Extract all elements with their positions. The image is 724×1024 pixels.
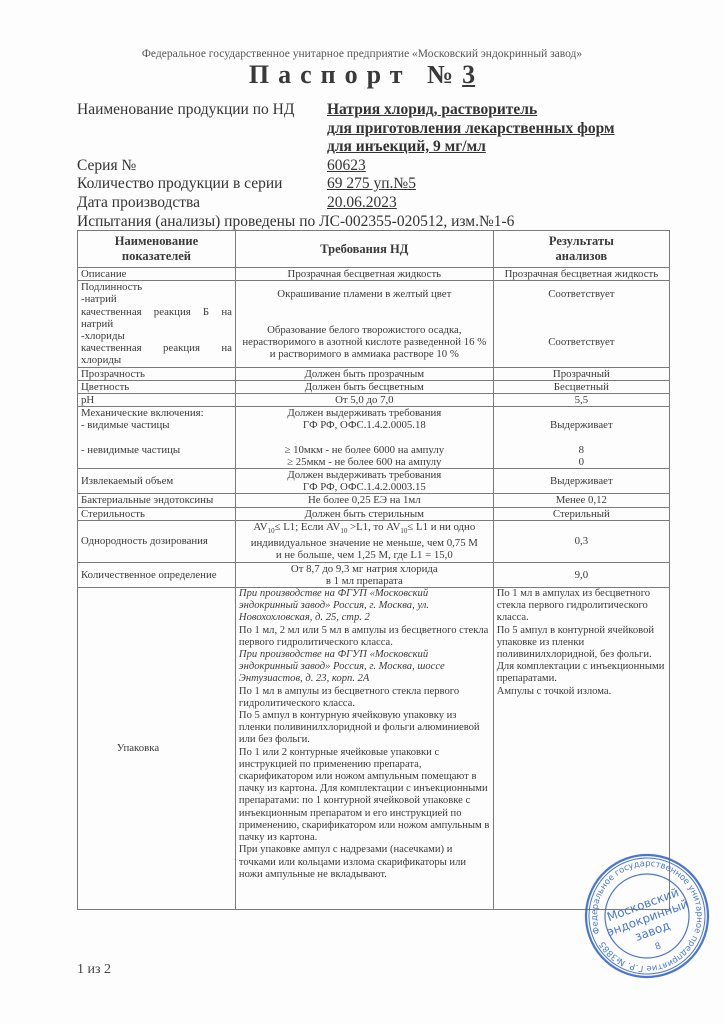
row-result: 0,3 [493, 520, 669, 562]
table-row: Цветность Должен быть бесцветным Бесцвет… [78, 380, 670, 393]
product-value: Натрия хлорид, растворитель для приготов… [327, 101, 615, 157]
row-result: Выдерживает 8 0 [493, 407, 669, 469]
row-name: Стерильность [78, 507, 236, 520]
row-requirement: От 5,0 до 7,0 [235, 394, 493, 407]
series-label: Серия № [77, 157, 327, 176]
table-row: Прозрачность Должен быть прозрачным Проз… [78, 367, 670, 380]
row-name: Прозрачность [78, 367, 236, 380]
row-requirement: Должен выдерживать требования ГФ РФ, ОФС… [235, 407, 493, 469]
passport-document: Федеральное государственное унитарное пр… [0, 0, 724, 1024]
row-name: Извлекаемый объем [78, 469, 236, 494]
row-result: Бесцветный [493, 380, 669, 393]
passport-number: 3 [462, 60, 475, 89]
title-word: Паспорт № [249, 60, 462, 89]
company-stamp-icon: Федеральное государственное унитарное пр… [584, 853, 710, 979]
table-row: Бактериальные эндотоксины Не более 0,25 … [78, 494, 670, 507]
date-value: 20.06.2023 [327, 194, 397, 213]
quantity-label: Количество продукции в серии [77, 175, 327, 194]
row-result: 5,5 [493, 394, 669, 407]
tests-line: Испытания (анализы) проведены по ЛС-0023… [77, 213, 514, 231]
specification-table: Наименованиепоказателей Требования НД Ре… [77, 230, 670, 910]
row-requirement: Должен быть стерильным [235, 507, 493, 520]
row-requirement: Прозрачная бесцветная жидкость [235, 268, 493, 281]
row-name: Однородность дозирования [78, 520, 236, 562]
row-result: Соответствует Соответствует [493, 281, 669, 367]
row-requirement: Должен быть бесцветным [235, 380, 493, 393]
row-requirement: Окрашивание пламени в желтый цвет Образо… [235, 281, 493, 367]
product-meta: Наименование продукции по НД Натрия хлор… [77, 101, 615, 212]
page-title: Паспорт №3 [0, 60, 724, 90]
svg-text:8: 8 [654, 941, 663, 952]
product-value-line: для инъекций, 9 мг/мл [327, 138, 615, 157]
row-name: Цветность [78, 380, 236, 393]
product-value-line: Натрия хлорид, растворитель [327, 101, 615, 120]
row-requirement: От 8,7 до 9,3 мг натрия хлорида в 1 мл п… [235, 562, 493, 587]
row-name: Количественное определение [78, 562, 236, 587]
product-name-row: Наименование продукции по НД Натрия хлор… [77, 101, 615, 157]
table-row: Однородность дозирования AV10≤ L1; Если … [78, 520, 670, 562]
row-result: 9,0 [493, 562, 669, 587]
row-result: Менее 0,12 [493, 494, 669, 507]
row-name: Упаковка [78, 588, 236, 910]
table-row: Механические включения: - видимые частиц… [78, 407, 670, 469]
row-requirement: AV10≤ L1; Если AV10 >L1, то AV10≤ L1 и н… [235, 520, 493, 562]
quantity-row: Количество продукции в серии 69 275 уп.№… [77, 175, 615, 194]
row-name: Подлинность -натрий качественная реакция… [78, 281, 236, 367]
row-result: Стерильный [493, 507, 669, 520]
row-requirement: Должен выдерживать требования ГФ РФ, ОФС… [235, 469, 493, 494]
row-requirement: Должен быть прозрачным [235, 367, 493, 380]
table-row: pH От 5,0 до 7,0 5,5 [78, 394, 670, 407]
table-row: Количественное определение От 8,7 до 9,3… [78, 562, 670, 587]
page-counter: 1 из 2 [77, 962, 111, 978]
row-name: Бактериальные эндотоксины [78, 494, 236, 507]
row-result: Прозрачная бесцветная жидкость [493, 268, 669, 281]
row-requirement: Не более 0,25 ЕЭ на 1мл [235, 494, 493, 507]
series-row: Серия № 60623 [77, 157, 615, 176]
row-name: pH [78, 394, 236, 407]
row-requirement: При производстве на ФГУП «Московский энд… [235, 588, 493, 910]
date-row: Дата производства 20.06.2023 [77, 194, 615, 213]
series-value: 60623 [327, 157, 366, 176]
date-label: Дата производства [77, 194, 327, 213]
header-result: Результатыанализов [493, 231, 669, 268]
row-result: Выдерживает [493, 469, 669, 494]
quantity-value: 69 275 уп.№5 [327, 175, 416, 194]
row-result: Прозрачный [493, 367, 669, 380]
table-row: Упаковка При производстве на ФГУП «Моско… [78, 588, 670, 910]
product-value-line: для приготовления лекарственных форм [327, 120, 615, 139]
product-label: Наименование продукции по НД [77, 101, 327, 157]
row-name: Описание [78, 268, 236, 281]
header-indicator: Наименованиепоказателей [78, 231, 236, 268]
table-header-row: Наименованиепоказателей Требования НД Ре… [78, 231, 670, 268]
table-row: Подлинность -натрий качественная реакция… [78, 281, 670, 367]
header-requirement: Требования НД [235, 231, 493, 268]
organization-name: Федеральное государственное унитарное пр… [0, 48, 724, 60]
table-row: Извлекаемый объем Должен выдерживать тре… [78, 469, 670, 494]
table-row: Стерильность Должен быть стерильным Стер… [78, 507, 670, 520]
row-name: Механические включения: - видимые частиц… [78, 407, 236, 469]
table-row: Описание Прозрачная бесцветная жидкость … [78, 268, 670, 281]
